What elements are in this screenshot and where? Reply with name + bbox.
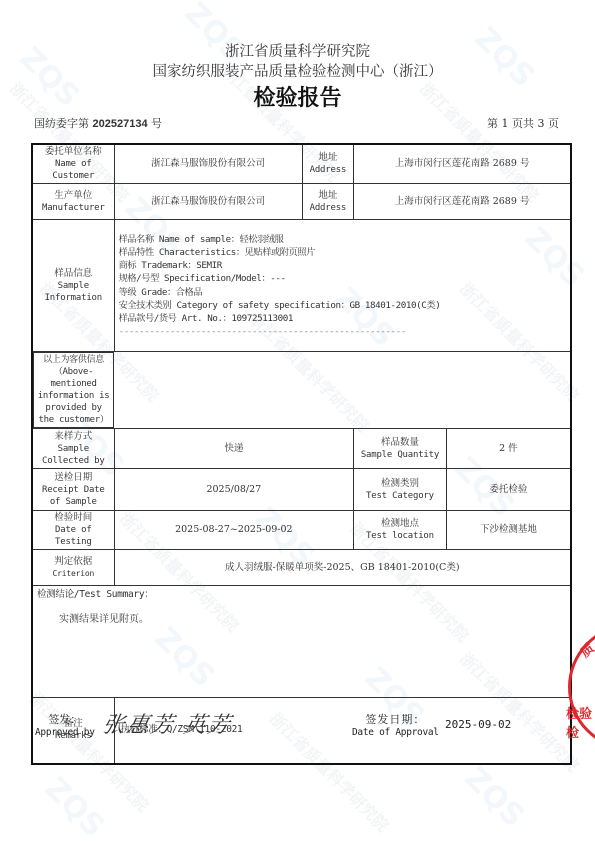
sample-grade: 等级 Grade：合格品 (119, 286, 566, 299)
quantity-value: 2 件 (446, 429, 571, 469)
sample-characteristics: 样品特性 Characteristics：见贴样或附页照片 (119, 246, 566, 259)
report-number-value: 202527134 (93, 118, 148, 130)
label-cn: 生产单位 (35, 190, 112, 202)
row-customer: 委托单位名称 Name of Customer 浙江森马服饰股份有限公司 地址 … (32, 144, 571, 184)
label-en: Criterion (35, 568, 112, 580)
summary-cell: 检测结论/Test Summary： 实测结果详见附页。 (32, 586, 571, 698)
test-location-label: 检测地点 Test location (354, 511, 447, 550)
label-cn: 送检日期 (35, 472, 112, 484)
summary-title: 检测结论/Test Summary： (37, 589, 566, 601)
customer-value: 浙江森马服饰股份有限公司 (114, 144, 302, 184)
collection-label: 来样方式 Sample Collected by (32, 429, 114, 469)
criterion-value: 成人羽绒服-保暖单项奖-2025、GB 18401-2010(C类) (114, 550, 571, 586)
report-number-prefix: 国纺委字第 (34, 117, 89, 130)
signature: 张惠芳 英芳 (100, 708, 234, 739)
row-criterion: 判定依据 Criterion 成人羽绒服-保暖单项奖-2025、GB 18401… (32, 550, 571, 586)
label-en: Address (305, 164, 351, 176)
sample-art-no: 样品款号/货号 Art. No.：109725113001 (119, 312, 566, 325)
page-info: 第 1 页共 3 页 (487, 115, 559, 131)
watermark-logo: ZQS (458, 761, 531, 834)
collection-value: 快递 (114, 429, 354, 469)
test-category-label: 检测类别 Test Category (354, 469, 447, 511)
sample-info-label: 样品信息 Sample Information (32, 220, 114, 352)
row-testing: 检验时间 Date of Testing 2025-08-27~2025-09-… (32, 511, 571, 550)
customer-label: 委托单位名称 Name of Customer (32, 144, 114, 184)
row-receipt: 送检日期 Receipt Date of Sample 2025/08/27 检… (32, 469, 571, 511)
label-cn: 地址 (305, 190, 351, 202)
separator-dashes: ----------------------------------------… (119, 325, 566, 338)
receipt-label: 送检日期 Receipt Date of Sample (32, 469, 114, 511)
quantity-label: 样品数量 Sample Quantity (354, 429, 447, 469)
label-cn: 样品信息 (35, 268, 112, 280)
label-cn: 委托单位名称 (35, 146, 112, 158)
row-customer-note: 以上为客供信息（Above-mentioned information is p… (32, 352, 571, 429)
label-cn: 检验时间 (35, 512, 112, 524)
label-cn: 检测地点 (356, 518, 444, 530)
institute-name: 浙江省质量科学研究院 (0, 42, 595, 62)
label-en: Information (35, 292, 112, 304)
label-cn: 来样方式 (35, 431, 112, 443)
center-name: 国家纺织服装产品质量检验检测中心（浙江） (0, 62, 595, 82)
label-en: Sample (35, 280, 112, 292)
approval-date-label: 签发日期： Date of Approval (352, 711, 439, 738)
label-en: Sample Quantity (356, 449, 444, 461)
test-category-value: 委托检验 (446, 469, 571, 511)
label-en: Approved by (35, 727, 95, 738)
manufacturer-address-value: 上海市闵行区莲花南路 2689 号 (354, 184, 571, 220)
manufacturer-address-label: 地址 Address (302, 184, 353, 220)
sample-trademark: 商标 Trademark：SEMIR (119, 259, 566, 272)
label-en: Receipt Date of Sample (35, 484, 112, 508)
label-en: Address (305, 202, 351, 214)
row-collection: 来样方式 Sample Collected by 快递 样品数量 Sample … (32, 429, 571, 469)
sample-name: 样品名称 Name of sample：轻松羽绒服 (119, 233, 566, 246)
label-en: Manufacturer (35, 202, 112, 214)
label-en: Sample Collected by (35, 443, 112, 467)
label-cn: 签发： (35, 711, 95, 727)
report-title: 检验报告 (0, 84, 595, 114)
customer-address-value: 上海市闵行区莲花南路 2689 号 (354, 144, 571, 184)
report-header: 浙江省质量科学研究院 国家纺织服装产品质量检验检测中心（浙江） 检验报告 (0, 42, 595, 114)
label-cn: 检测类别 (356, 478, 444, 490)
manufacturer-value: 浙江森马服饰股份有限公司 (114, 184, 302, 220)
report-number-suffix: 号 (151, 117, 162, 130)
testing-value: 2025-08-27~2025-09-02 (114, 511, 354, 550)
customer-address-label: 地址 Address (302, 144, 353, 184)
summary-body: 实测结果详见附页。 (59, 614, 566, 626)
manufacturer-label: 生产单位 Manufacturer (32, 184, 114, 220)
testing-label: 检验时间 Date of Testing (32, 511, 114, 550)
label-cn: 判定依据 (35, 556, 112, 568)
receipt-value: 2025/08/27 (114, 469, 354, 511)
label-en: Date of Testing (35, 524, 112, 548)
label-en: Test Category (356, 490, 444, 502)
report-number: 国纺委字第 202527134 号 (34, 115, 162, 131)
approval-date-value: 2025-09-02 (445, 718, 511, 731)
label-cn: 样品数量 (356, 437, 444, 449)
customer-note: 以上为客供信息（Above-mentioned information is p… (33, 352, 114, 428)
report-table: 委托单位名称 Name of Customer 浙江森马服饰股份有限公司 地址 … (31, 143, 572, 765)
label-en: Test location (356, 530, 444, 542)
approved-by-label: 签发： Approved by (35, 711, 95, 738)
seal-text: 检验检 (566, 703, 595, 741)
row-manufacturer: 生产单位 Manufacturer 浙江森马服饰股份有限公司 地址 Addres… (32, 184, 571, 220)
sample-specification: 规格/号型 Specification/Model：--- (119, 272, 566, 285)
criterion-label: 判定依据 Criterion (32, 550, 114, 586)
test-location-value: 下沙检测基地 (446, 511, 571, 550)
label-en: Name of Customer (35, 158, 112, 182)
row-summary: 检测结论/Test Summary： 实测结果详见附页。 (32, 586, 571, 698)
sample-info-details: 样品名称 Name of sample：轻松羽绒服 样品特性 Character… (114, 220, 571, 352)
label-cn: 签发日期： (352, 711, 439, 727)
label-cn: 地址 (305, 152, 351, 164)
sample-safety-category: 安全技术类别 Category of safety specification：… (119, 299, 566, 312)
label-en: Date of Approval (352, 727, 439, 738)
watermark-logo: ZQS (38, 771, 111, 841)
row-sample-info: 样品信息 Sample Information 样品名称 Name of sam… (32, 220, 571, 352)
